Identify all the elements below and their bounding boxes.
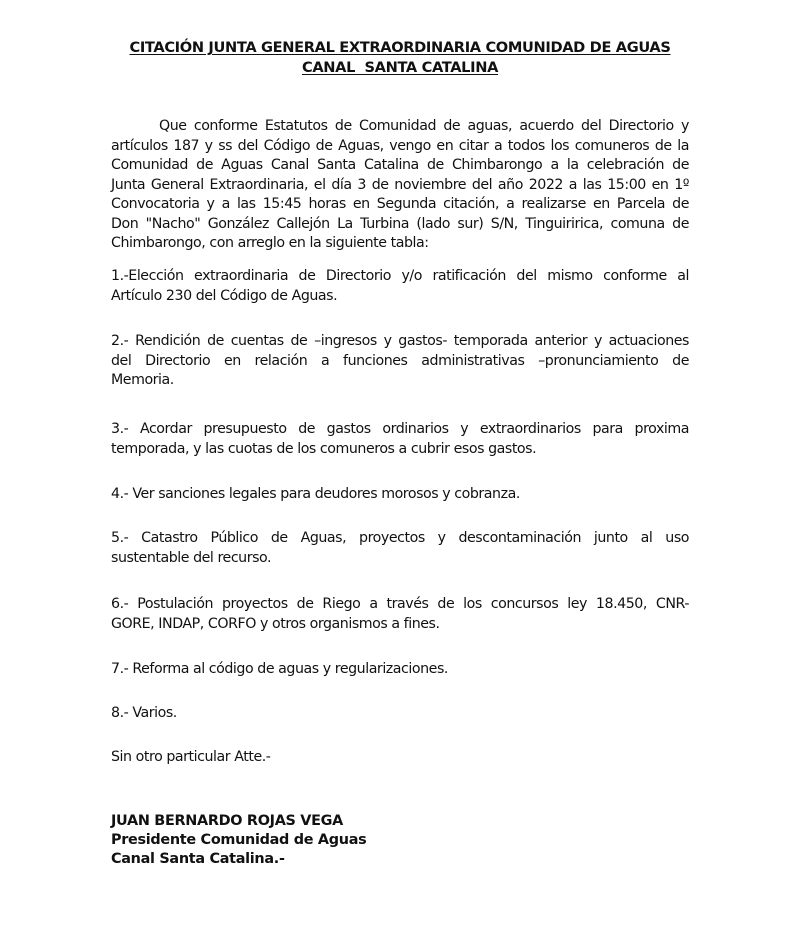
agenda-item-8: 8.- Varios. [111, 704, 689, 724]
intro-line: Don "Nacho" González Callejón La Turbina… [111, 215, 689, 235]
agenda-item-3: 3.- Acordar presupuesto de gastos ordina… [111, 420, 689, 459]
closing-line: Sin otro particular Atte.- [111, 748, 689, 768]
intro-line: Convocatoria y a las 15:45 horas en Segu… [111, 195, 689, 215]
signature-name: JUAN BERNARDO ROJAS VEGA [111, 812, 366, 831]
agenda-line: temporada, y las cuotas de los comuneros… [111, 440, 689, 460]
agenda-line: del Directorio en relación a funciones a… [111, 352, 689, 372]
agenda-line: 8.- Varios. [111, 704, 689, 724]
intro-line: artículos 187 y ss del Código de Aguas, … [111, 137, 689, 157]
closing-text: Sin otro particular Atte.- [111, 748, 689, 768]
agenda-line: 3.- Acordar presupuesto de gastos ordina… [111, 420, 689, 440]
document-title: CITACIÓN JUNTA GENERAL EXTRAORDINARIA CO… [0, 38, 800, 78]
signature-org: Canal Santa Catalina.- [111, 850, 366, 869]
agenda-line: Artículo 230 del Código de Aguas. [111, 287, 689, 307]
signature-role: Presidente Comunidad de Aguas [111, 831, 366, 850]
intro-line: Que conforme Estatutos de Comunidad de a… [111, 117, 689, 137]
signature-block: JUAN BERNARDO ROJAS VEGA Presidente Comu… [111, 812, 366, 869]
intro-line: Comunidad de Aguas Canal Santa Catalina … [111, 156, 689, 176]
agenda-line: Memoria. [111, 371, 689, 391]
agenda-line: 6.- Postulación proyectos de Riego a tra… [111, 595, 689, 615]
title-line-2: CANAL SANTA CATALINA [302, 59, 498, 76]
agenda-line: 4.- Ver sanciones legales para deudores … [111, 485, 689, 505]
intro-paragraph: Que conforme Estatutos de Comunidad de a… [111, 117, 689, 254]
agenda-item-7: 7.- Reforma al código de aguas y regular… [111, 660, 689, 680]
agenda-item-2: 2.- Rendición de cuentas de –ingresos y … [111, 332, 689, 391]
intro-line: Junta General Extraordinaria, el día 3 d… [111, 176, 689, 196]
title-line-1: CITACIÓN JUNTA GENERAL EXTRAORDINARIA CO… [129, 39, 670, 56]
agenda-line: 5.- Catastro Público de Aguas, proyectos… [111, 529, 689, 549]
agenda-line: 1.-Elección extraordinaria de Directorio… [111, 267, 689, 287]
agenda-line: 7.- Reforma al código de aguas y regular… [111, 660, 689, 680]
agenda-line: sustentable del recurso. [111, 549, 689, 569]
agenda-item-4: 4.- Ver sanciones legales para deudores … [111, 485, 689, 505]
intro-line: Chimbarongo, con arreglo en la siguiente… [111, 234, 689, 254]
agenda-item-6: 6.- Postulación proyectos de Riego a tra… [111, 595, 689, 634]
agenda-item-1: 1.-Elección extraordinaria de Directorio… [111, 267, 689, 306]
agenda-line: 2.- Rendición de cuentas de –ingresos y … [111, 332, 689, 352]
document-page: CITACIÓN JUNTA GENERAL EXTRAORDINARIA CO… [0, 0, 800, 930]
agenda-item-5: 5.- Catastro Público de Aguas, proyectos… [111, 529, 689, 568]
agenda-line: GORE, INDAP, CORFO y otros organismos a … [111, 615, 689, 635]
